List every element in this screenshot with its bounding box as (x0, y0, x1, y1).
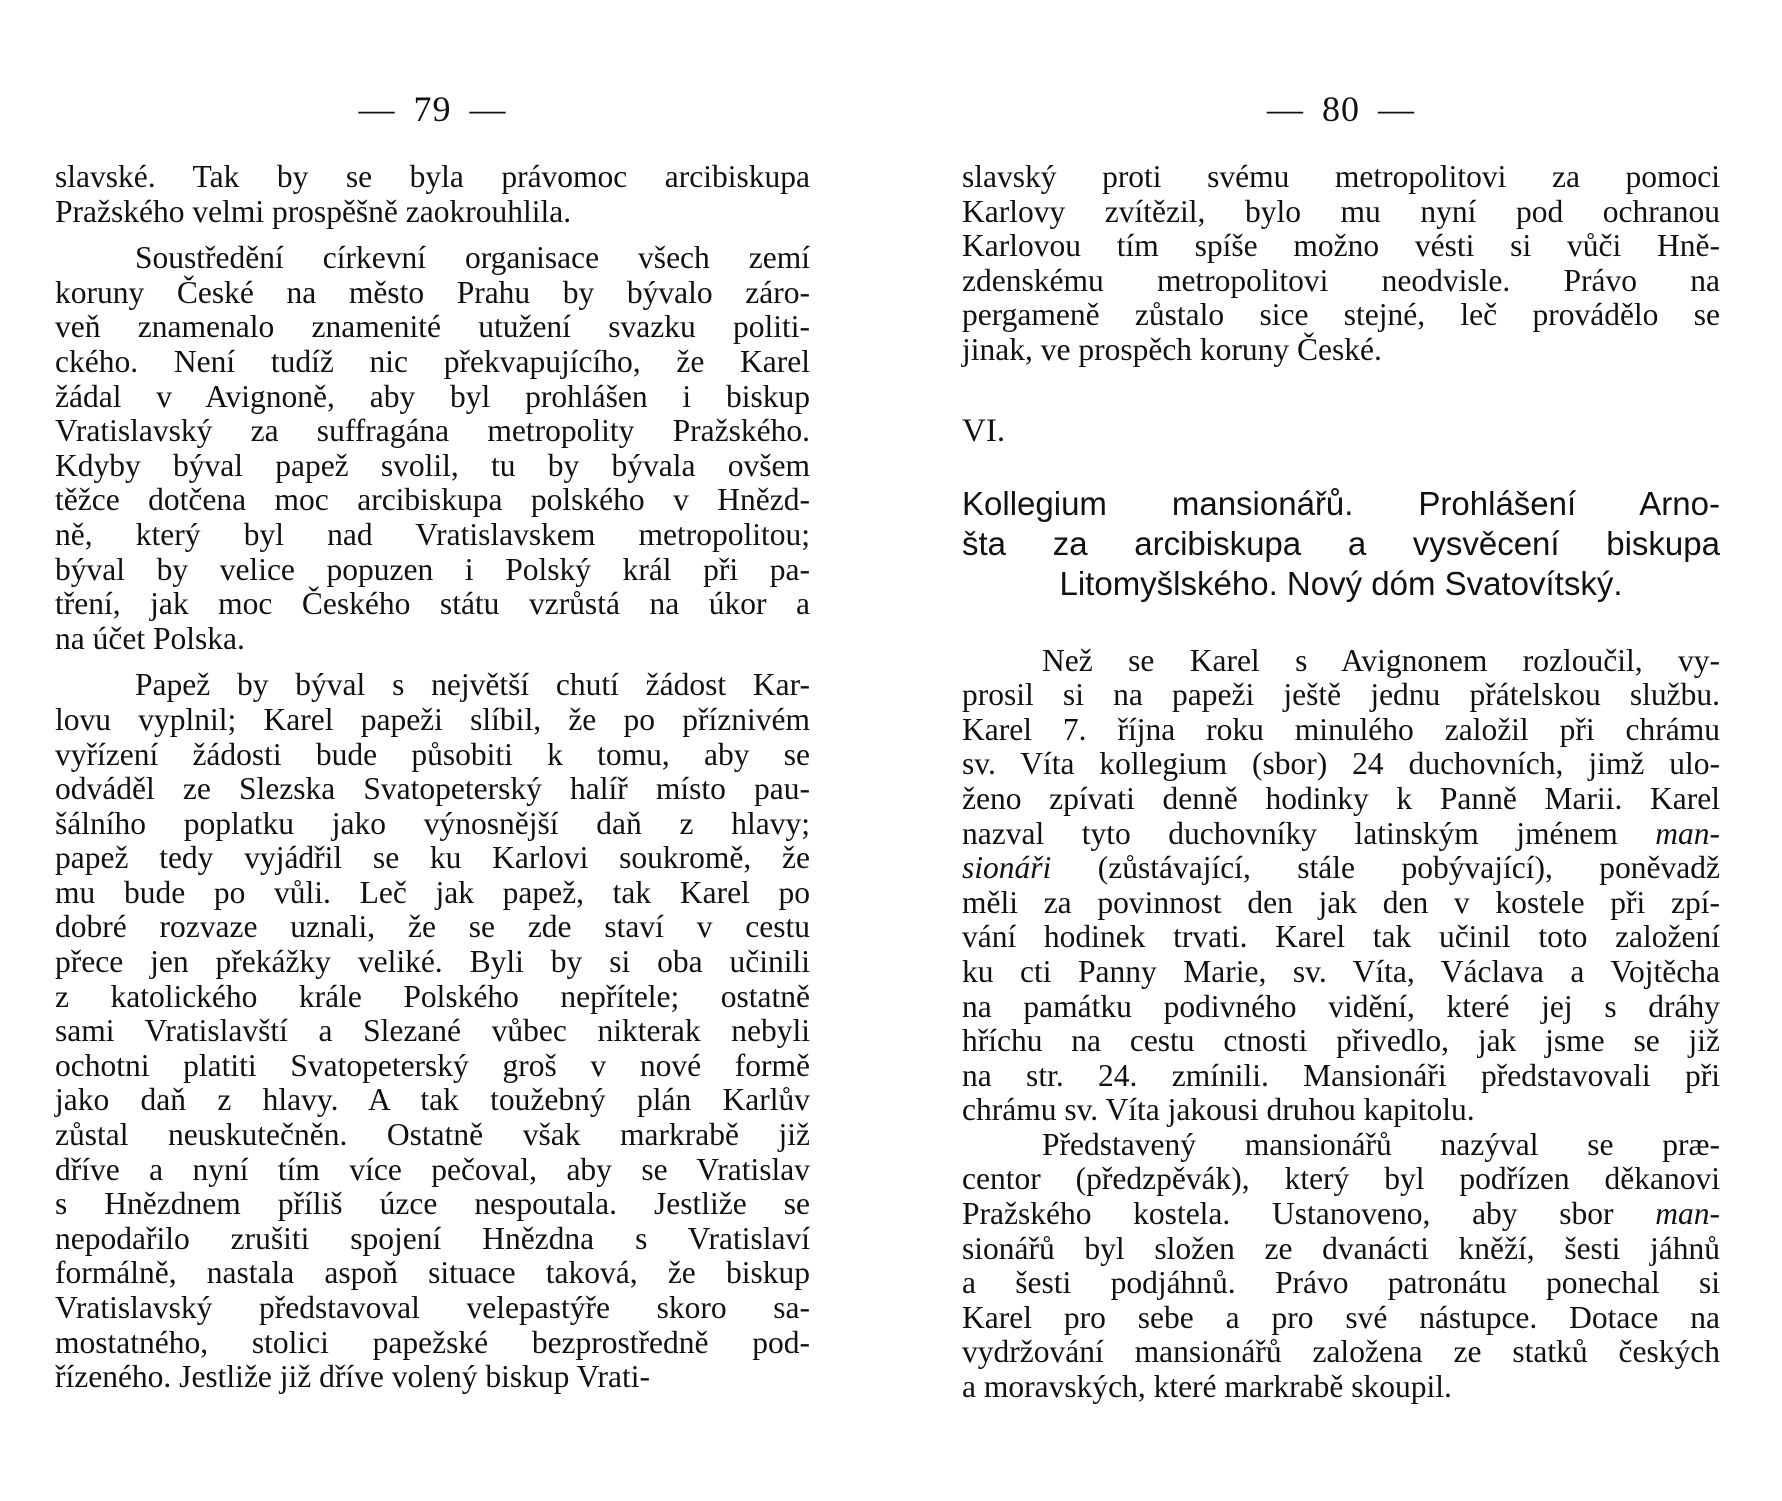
paragraph: slavský proti svému metropolitovi za pom… (962, 160, 1720, 368)
text-line: sionářů byl složen ze dvanácti kněží, še… (962, 1232, 1720, 1267)
text-line: ně, který byl nad Vratislavskem metropol… (55, 518, 810, 553)
text-line: ckého. Není tudíž nic překvapujícího, že… (55, 345, 810, 380)
text-line: Vratislavský za suffragána metropolity P… (55, 414, 810, 449)
text-line: nazval tyto duchovníky latinským jménem … (962, 817, 1720, 852)
text-line: ku cti Panny Marie, sv. Víta, Václava a … (962, 955, 1720, 990)
text-line: zůstal neuskutečněn. Ostatně však markra… (55, 1118, 810, 1153)
dash-right: — (470, 88, 507, 130)
text-line: vydržování mansionářů založena ze statků… (962, 1335, 1720, 1370)
text-line: hříchu na cestu ctnosti přivedlo, jak js… (962, 1024, 1720, 1059)
text-line: jinak, ve prospěch koruny České. (962, 333, 1720, 368)
page-number-left: —79— (55, 88, 810, 130)
text-line: ochotni platiti Svatopeterský groš v nov… (55, 1049, 810, 1084)
text-line: Karlovy zvítězil, bylo mu nyní pod ochra… (962, 195, 1720, 230)
chapter-title-line: Litomyšlského. Nový dóm Svatovítský. (962, 564, 1720, 604)
text-line: Pražského velmi prospěšně zaokrouhlila. (55, 195, 810, 230)
text-line: Než se Karel s Avignonem rozloučil, vy- (962, 644, 1720, 679)
text-line: zdenskému metropolitovi neodvisle. Právo… (962, 264, 1720, 299)
text-line: formálně, nastala aspoň situace taková, … (55, 1256, 810, 1291)
text-line: Kdyby býval papež svolil, tu by bývala o… (55, 449, 810, 484)
text-line: centor (předzpěvák), který byl podřízen … (962, 1162, 1720, 1197)
text-line: tření, jak moc Českého státu vzrůstá na … (55, 587, 810, 622)
text-line: a moravských, které markrabě skoupil. (962, 1370, 1720, 1405)
text-line: a šesti podjáhnů. Právo patronátu ponech… (962, 1266, 1720, 1301)
text-line: Vratislavský představoval velepastýře sk… (55, 1291, 810, 1326)
text-line: Pražského kostela. Ustanoveno, aby sbor … (962, 1197, 1720, 1232)
text-line: papež tedy vyjádřil se ku Karlovi soukro… (55, 841, 810, 876)
paragraph: Soustředění církevní organisace všech ze… (55, 241, 810, 656)
chapter-title-line: Kollegium mansionářů. Prohlášení Arno- (962, 484, 1720, 524)
text-line: z katolického krále Polského nepřítele; … (55, 980, 810, 1015)
text-line: dobré rozvaze uznali, že se zde staví v … (55, 910, 810, 945)
right-page-body: slavský proti svému metropolitovi za pom… (962, 160, 1720, 1405)
text-line: chrámu sv. Víta jakousi druhou kapitolu. (962, 1093, 1720, 1128)
text-line: Karlovou tím spíše možno vésti si vůči H… (962, 229, 1720, 264)
page-number-right: —80— (962, 88, 1720, 130)
text-line: slavský proti svému metropolitovi za pom… (962, 160, 1720, 195)
text-line: vání hodinek trvati. Karel tak učinil to… (962, 920, 1720, 955)
text-line: sionáři (zůstávající, stále pobývající),… (962, 851, 1720, 886)
text-line: býval by velice popuzen i Polský král př… (55, 553, 810, 588)
text-line: lovu vyplnil; Karel papeži slíbil, že po… (55, 703, 810, 738)
opening-paragraph: slavský proti svému metropolitovi za pom… (962, 160, 1720, 368)
text-line: na účet Polska. (55, 622, 810, 657)
text-line: slavské. Tak by se byla právomoc arcibis… (55, 160, 810, 195)
left-page: —79— slavské. Tak by se byla právomoc ar… (55, 0, 810, 1501)
chapter-paragraphs: Než se Karel s Avignonem rozloučil, vy-p… (962, 644, 1720, 1405)
text-line: žádal v Avignoně, aby byl prohlášen i bi… (55, 380, 810, 415)
text-line: vyřízení žádosti bude působiti k tomu, a… (55, 738, 810, 773)
text-line: mu bude po vůli. Leč jak papež, tak Kare… (55, 876, 810, 911)
dash-left: — (1267, 88, 1304, 130)
text-line: Karel 7. října roku minulého založil při… (962, 713, 1720, 748)
chapter-number: VI. (962, 414, 1720, 454)
chapter-title-line: šta za arcibiskupa a vysvěcení biskupa (962, 524, 1720, 564)
dash-right: — (1378, 88, 1415, 130)
text-line: na památku podivného vidění, které jej s… (962, 990, 1720, 1025)
text-line: prosil si na papeži ještě jednu přátelsk… (962, 678, 1720, 713)
text-line: Papež by býval s největší chutí žádost K… (55, 668, 810, 703)
text-line: řízeného. Jestliže již dříve volený bisk… (55, 1360, 810, 1395)
chapter-title: Kollegium mansionářů. Prohlášení Arno-št… (962, 484, 1720, 604)
dash-left: — (359, 88, 396, 130)
page-number-value: 79 (414, 89, 452, 129)
text-line: koruny České na město Prahu by bývalo zá… (55, 276, 810, 311)
text-line: přece jen překážky veliké. Byli by si ob… (55, 945, 810, 980)
text-line: ženo zpívati denně hodinky k Panně Marii… (962, 782, 1720, 817)
text-line: odváděl ze Slezska Svatopeterský halíř m… (55, 772, 810, 807)
text-line: sv. Víta kollegium (sbor) 24 duchovních,… (962, 747, 1720, 782)
text-line: mostatného, stolici papežské bezprostřed… (55, 1326, 810, 1361)
text-line: dříve a nyní tím více pečoval, aby se Vr… (55, 1153, 810, 1188)
text-line: Soustředění církevní organisace všech ze… (55, 241, 810, 276)
text-line: Karel pro sebe a pro své nástupce. Dotac… (962, 1301, 1720, 1336)
left-page-body: slavské. Tak by se byla právomoc arcibis… (55, 160, 810, 1395)
paragraph: slavské. Tak by se byla právomoc arcibis… (55, 160, 810, 229)
text-line: šálního poplatku jako výnosnější daň z h… (55, 807, 810, 842)
text-line: s Hnězdnem příliš úzce nespoutala. Jestl… (55, 1187, 810, 1222)
text-line: veň znamenalo znamenité utužení svazku p… (55, 310, 810, 345)
paragraph: Představený mansionářů nazýval se præ-ce… (962, 1128, 1720, 1405)
paragraph: Papež by býval s největší chutí žádost K… (55, 668, 810, 1394)
text-line: na str. 24. zmínili. Mansionáři představ… (962, 1059, 1720, 1094)
text-line: pergameně zůstalo sice stejné, leč prová… (962, 298, 1720, 333)
text-line: sami Vratislavští a Slezané vůbec nikter… (55, 1014, 810, 1049)
text-line: Představený mansionářů nazýval se præ- (962, 1128, 1720, 1163)
text-line: měli za povinnost den jak den v kostele … (962, 886, 1720, 921)
text-line: jako daň z hlavy. A tak toužebný plán Ka… (55, 1083, 810, 1118)
text-line: nepodařilo zrušiti spojení Hnězdna s Vra… (55, 1222, 810, 1257)
right-page: —80— slavský proti svému metropolitovi z… (962, 0, 1720, 1501)
text-line: těžce dotčena moc arcibiskupa polského v… (55, 483, 810, 518)
paragraph: Než se Karel s Avignonem rozloučil, vy-p… (962, 644, 1720, 1128)
page-number-value: 80 (1322, 89, 1360, 129)
